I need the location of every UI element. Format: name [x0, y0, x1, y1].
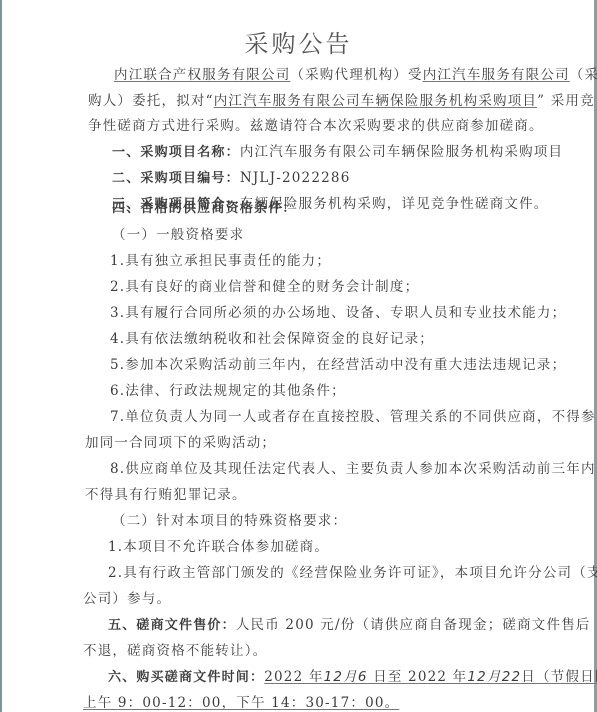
start-year: 2022 年	[264, 669, 323, 685]
intro-line-3: 争性磋商方式进行采购。兹邀请符合本次采购要求的供应商参加磋商。	[88, 117, 544, 135]
general-requirements-heading: （一）一般资格要求	[112, 226, 244, 244]
purchaser-role-end: 购人）委托，拟对	[88, 93, 206, 109]
intro-line-1: 内江联合产权服务有限公司（采购代理机构）受内江汽车服务有限公司（采	[114, 66, 597, 84]
general-item-7-cont: 加同一合同项下的采购活动；	[85, 434, 276, 452]
section-5-label: 五、磋商文件售价：	[108, 618, 236, 633]
page-edge-left	[0, 0, 2, 712]
period-mid: 日至 2022 年	[368, 669, 468, 685]
month-char: 月	[487, 669, 502, 685]
project-number: NJLJ-2022286	[240, 170, 351, 186]
general-item-7: 7.单位负责人为同一人或者存在直接控股、管理关系的不同供应商，不得参	[110, 408, 596, 426]
quote-open: “	[206, 93, 214, 109]
general-item-8: 8.供应商单位及其现任法定代表人、主要负责人参加本次采购活动前三年内	[110, 460, 596, 478]
month-char: 月	[343, 669, 358, 685]
purchaser-role-start: （采	[570, 67, 597, 83]
section-1-value: 内江汽车服务有限公司车辆保险服务机构采购项目	[240, 144, 563, 160]
section-5: 五、磋商文件售价：人民币 200 元/份（请供应商自备现金；磋商文件售后	[108, 616, 591, 635]
section-6: 六、购买磋商文件时间：2022 年12月6 日至 2022 年12月22日（节假…	[108, 668, 597, 687]
section-2: 二、采购项目编号：NJLJ-2022286	[112, 169, 351, 188]
agent-name: 内江联合产权服务有限公司	[114, 67, 290, 83]
general-item-3: 3.具有履行合同所必须的办公场地、设备、专职人员和专业技术能力；	[110, 304, 566, 322]
start-day-handwritten: 6	[358, 669, 368, 685]
purchase-period: 2022 年12月6 日至 2022 年12月22日（节假日除外），	[264, 669, 597, 685]
agent-role: （采购代理机构）受	[290, 67, 422, 83]
section-2-label: 二、采购项目编号：	[112, 171, 240, 186]
page-title: 采购公告	[0, 24, 597, 59]
section-4-label: 四、合格的供应商资格条件：	[112, 200, 297, 218]
special-item-1: 1.本项目不允许联合体参加磋商。	[108, 538, 329, 556]
special-requirements-heading: （二）针对本项目的特殊资格要求：	[112, 512, 347, 530]
section-1-label: 一、采购项目名称：	[112, 145, 240, 160]
section-5-cont: 不退，磋商资格不能转让）。	[83, 642, 267, 660]
period-tail: 日（节假日除外），	[521, 669, 597, 685]
intro-line-2: 购人）委托，拟对“内江汽车服务有限公司车辆保险服务机构采购项目” 采用竞	[88, 92, 595, 110]
end-month-handwritten: 12	[467, 669, 487, 685]
special-item-2-cont: 公司）参与。	[83, 590, 171, 608]
project-name-quoted: 内江汽车服务有限公司车辆保险服务机构采购项目	[214, 93, 537, 109]
section-6-label: 六、购买磋商文件时间：	[108, 670, 264, 685]
general-item-4: 4.具有依法缴纳税收和社会保障资金的良好记录；	[110, 330, 434, 348]
general-item-6: 6.法律、行政法规规定的其他条件；	[110, 382, 346, 400]
special-item-2: 2.具有行政主管部门颁发的《经营保险业务许可证》，本项目允许分公司（支	[108, 564, 597, 582]
section-1: 一、采购项目名称：内江汽车服务有限公司车辆保险服务机构采购项目	[112, 143, 563, 162]
purchaser-name: 内江汽车服务有限公司	[423, 67, 570, 83]
start-month-handwritten: 12	[324, 669, 344, 685]
general-item-5: 5.参加本次采购活动前三年内，在经营活动中没有重大违法违规记录；	[110, 356, 566, 374]
section-5-value: 人民币 200 元/份（请供应商自备现金；磋商文件售后	[236, 617, 591, 633]
general-item-2: 2.具有良好的商业信誉和健全的财务会计制度；	[110, 278, 419, 296]
end-day-handwritten: 22	[502, 669, 522, 685]
general-item-8-cont: 不得具有行贿犯罪记录。	[85, 486, 247, 504]
procurement-notice-page: 采购公告 内江联合产权服务有限公司（采购代理机构）受内江汽车服务有限公司（采 购…	[0, 0, 597, 712]
intro-tail-a: 采用竞	[545, 93, 595, 109]
general-item-1: 1.具有独立承担民事责任的能力；	[110, 252, 331, 270]
purchase-hours: 上午 9：00-12：00，下午 14：30-17：00。	[83, 694, 399, 712]
